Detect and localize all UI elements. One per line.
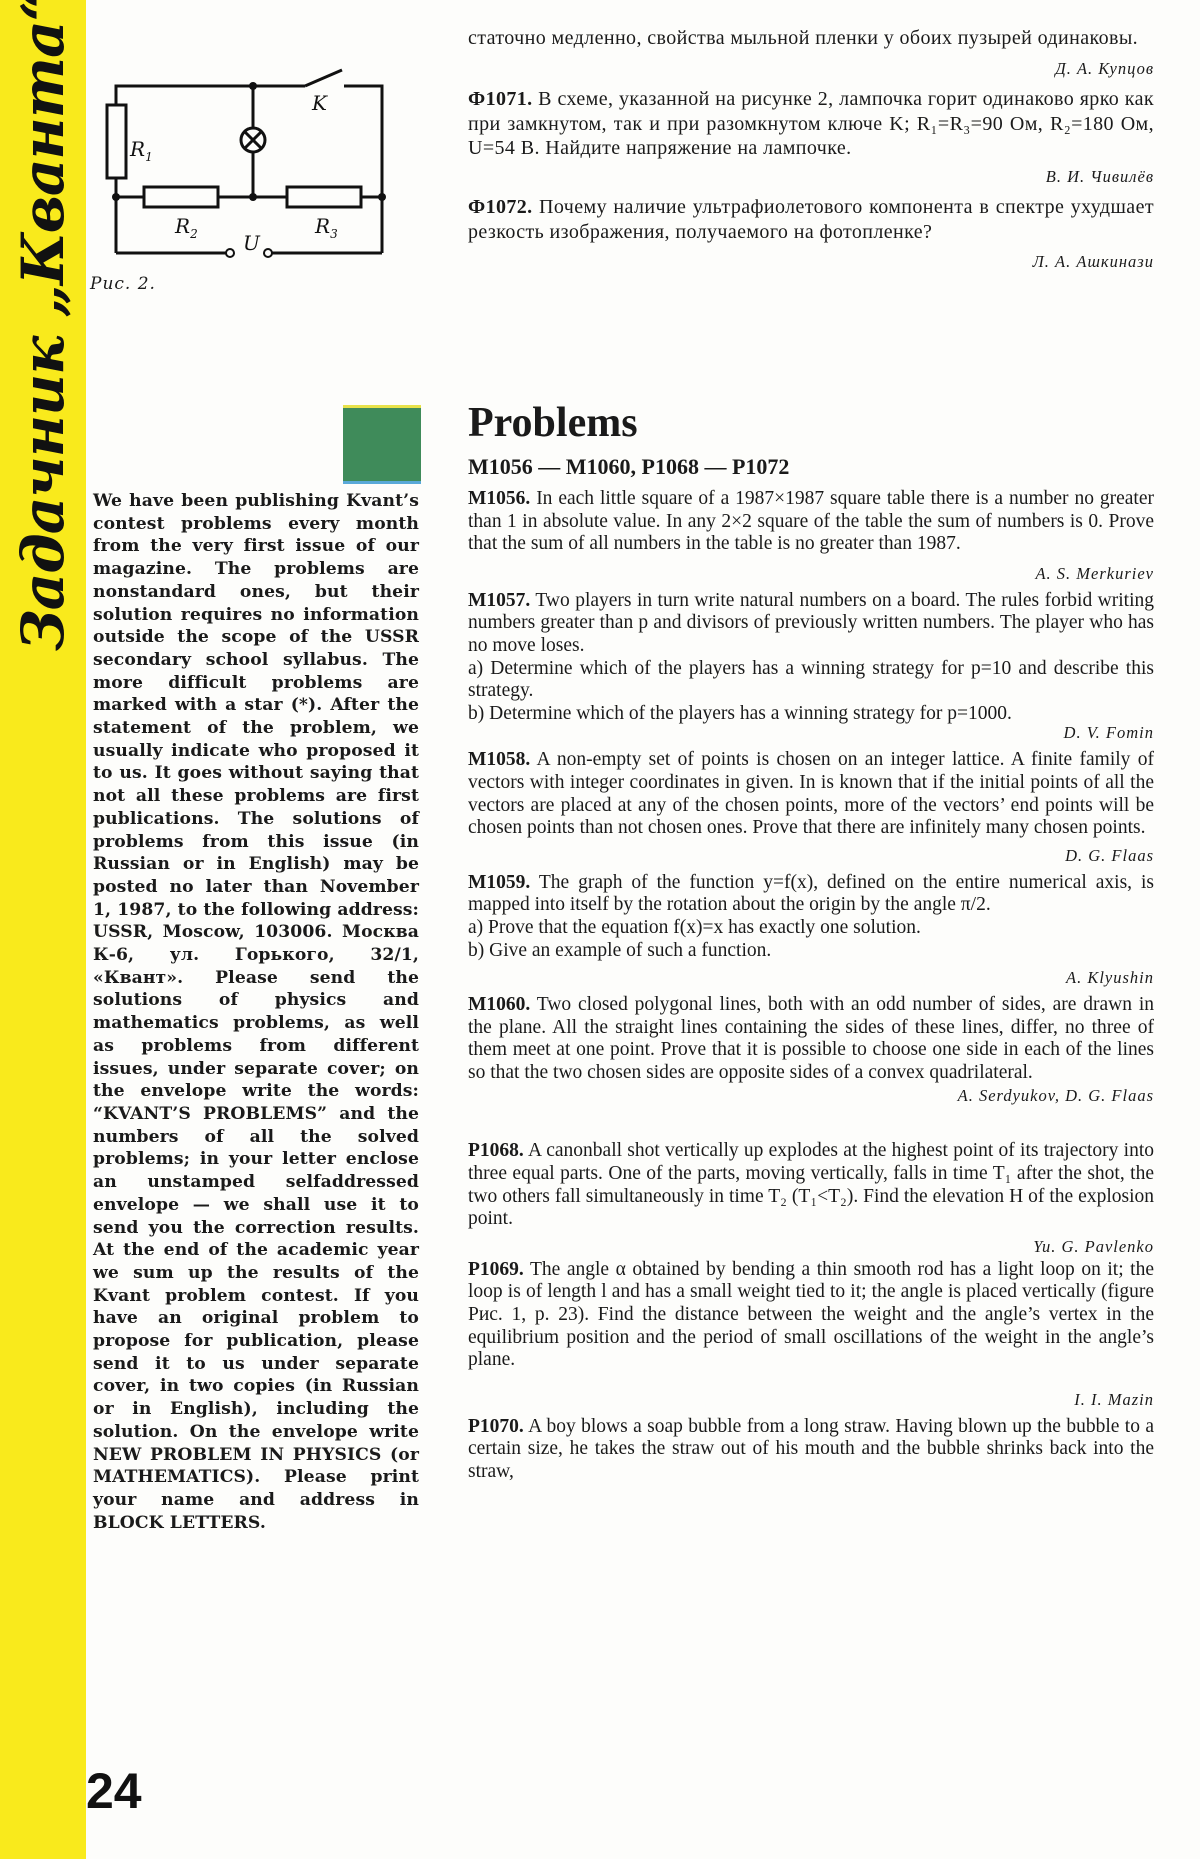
problem-text: Two players in turn write natural number… bbox=[468, 590, 1154, 656]
problem-m1058: M1058. A non-empty set of points is chos… bbox=[468, 749, 1154, 865]
problem-text: A boy blows a soap bubble from a long st… bbox=[468, 1416, 1154, 1482]
contest-intro-text: We have been publishing Kvant’s contest … bbox=[93, 490, 419, 1534]
yellow-side-strip: Задачник „Кванта“ bbox=[0, 0, 86, 1859]
problem-m1056: M1056. In each little square of a 1987×1… bbox=[468, 488, 1154, 584]
problem-part-b: b) Determine which of the players has a … bbox=[468, 703, 1154, 726]
green-accent-square bbox=[343, 405, 421, 484]
problem-author: D. G. Flaas bbox=[468, 846, 1154, 866]
figure-caption: Рис. 2. bbox=[90, 274, 156, 294]
problem-text: Two closed polygonal lines, both with an… bbox=[468, 994, 1154, 1083]
problem-id: M1060. bbox=[468, 994, 530, 1015]
problem-text: The angle α obtained by bending a thin s… bbox=[468, 1259, 1154, 1370]
section-title: Problems bbox=[468, 402, 1154, 444]
problem-id: P1069. bbox=[468, 1259, 524, 1280]
problem-id: M1059. bbox=[468, 872, 530, 893]
continuation-text: статочно медленно, свойства мыльной плен… bbox=[468, 26, 1154, 51]
problem-m1057: M1057. Two players in turn write natural… bbox=[468, 590, 1154, 744]
problem-f1071: Ф1071. В схеме, указанной на рисунке 2, … bbox=[468, 87, 1154, 161]
problem-author: Yu. G. Pavlenko bbox=[468, 1237, 1154, 1257]
problem-text: A non-empty set of points is chosen on a… bbox=[468, 749, 1154, 838]
svg-text:U: U bbox=[243, 231, 261, 255]
problem-p1068: P1068. A canonball shot vertically up ex… bbox=[468, 1140, 1154, 1256]
svg-text:R2: R2 bbox=[174, 214, 198, 241]
problem-m1060: M1060. Two closed polygonal lines, both … bbox=[468, 994, 1154, 1106]
problem-id: Ф1072. bbox=[468, 196, 533, 218]
problem-author: I. I. Mazin bbox=[468, 1390, 1154, 1410]
problem-text: In each little square of a 1987×1987 squ… bbox=[468, 488, 1154, 554]
problem-m1059: M1059. The graph of the function y=f(x),… bbox=[468, 872, 1154, 988]
circuit-diagram: R1 R2 R3 K U bbox=[100, 60, 400, 300]
section-subtitle: M1056 — M1060, P1068 — P1072 bbox=[468, 456, 1154, 478]
svg-text:R1: R1 bbox=[129, 137, 153, 164]
problem-p1070: P1070. A boy blows a soap bubble from a … bbox=[468, 1416, 1154, 1484]
problem-part-a: a) Prove that the equation f(x)=x has ex… bbox=[468, 917, 1154, 940]
russian-problems-block: статочно медленно, свойства мыльной плен… bbox=[468, 26, 1154, 275]
problem-p1069: P1069. The angle α obtained by bending a… bbox=[468, 1259, 1154, 1410]
problem-author: D. V. Fomin bbox=[468, 723, 1154, 743]
svg-text:K: K bbox=[311, 91, 328, 115]
problem-text: The graph of the function y=f(x), define… bbox=[468, 872, 1154, 916]
continuation-author: Д. А. Купцов bbox=[468, 57, 1154, 82]
problem-part-a: a) Determine which of the players has a … bbox=[468, 658, 1154, 703]
problem-id: P1068. bbox=[468, 1140, 524, 1161]
problem-id: Ф1071. bbox=[468, 88, 533, 110]
problem-text: В схеме, указанной на рисунке 2, лампочк… bbox=[468, 88, 1154, 159]
problem-id: M1058. bbox=[468, 749, 530, 770]
problem-author: A. S. Merkuriev bbox=[468, 564, 1154, 584]
problem-text: Почему наличие ультрафиолетового компоне… bbox=[468, 196, 1154, 243]
problem-id: M1056. bbox=[468, 488, 530, 509]
problem-f1072: Ф1072. Почему наличие ультрафиолетового … bbox=[468, 195, 1154, 244]
page-number: 24 bbox=[86, 1766, 142, 1816]
problem-author: A. Klyushin bbox=[468, 968, 1154, 988]
problem-id: M1057. bbox=[468, 590, 530, 611]
section-vertical-title: Задачник „Кванта“ bbox=[9, 0, 77, 651]
problem-author: A. Serdyukov, D. G. Flaas bbox=[468, 1086, 1154, 1106]
problem-author: В. И. Чивилёв bbox=[468, 165, 1154, 190]
svg-text:R3: R3 bbox=[314, 214, 338, 241]
problem-text: A canonball shot vertically up explodes … bbox=[468, 1140, 1154, 1229]
problem-author: Л. А. Ашкинази bbox=[468, 250, 1154, 275]
problem-id: P1070. bbox=[468, 1416, 524, 1437]
problem-part-b: b) Give an example of such a function. bbox=[468, 940, 1154, 963]
circuit-schematic-icon: R1 R2 R3 K U bbox=[100, 60, 400, 300]
problems-section: Problems M1056 — M1060, P1068 — P1072 M1… bbox=[468, 402, 1154, 1484]
